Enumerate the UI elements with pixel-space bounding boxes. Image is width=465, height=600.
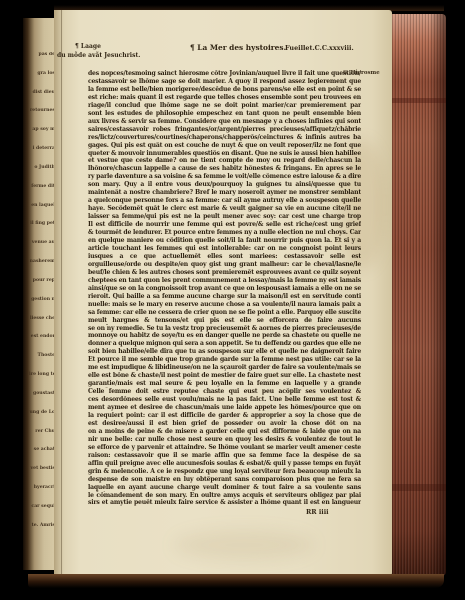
book-bottom-edge (28, 574, 444, 588)
text-line: raison: cestassavoir que il se marie aff… (88, 452, 361, 460)
text-line: la requiert point: car il est difficile … (88, 412, 361, 420)
text-line: despense de son maistre en luy obtẽperan… (88, 476, 361, 484)
text-line: cestassavoir se lhõme sage se doit marie… (88, 78, 361, 86)
text-line: nir une belle: car nulle chose nest seur… (88, 436, 361, 444)
verso-fragment: gestion n (29, 297, 55, 302)
text-line: a quelconque personne fors a sa femme: c… (88, 197, 361, 205)
verso-fragment: car sequi (29, 504, 55, 509)
verso-fragment: hyeracri (29, 485, 55, 490)
text-line: Et pource il me semble que trop grande g… (88, 356, 361, 364)
text-line: on a moins de peine & de misere a garder… (88, 428, 361, 436)
text-line: haye. Secõdemẽt quãt le clerc est marie … (88, 205, 361, 213)
text-line: sont les estudes de philosophie empesche… (88, 110, 361, 118)
fore-edge-page-stack (392, 14, 446, 576)
text-line: me est impudique & libidineuse/on ne la … (88, 364, 361, 372)
verso-fragment: Thoste (29, 353, 55, 358)
verso-fragment: en laquel (29, 203, 55, 208)
verso-fragment: liesse che (29, 316, 55, 321)
text-line: rieroit. Qui baille a sa femme aucune ch… (88, 293, 361, 301)
text-line: elle est bõne & chaste/il nest point de … (88, 372, 361, 380)
text-line: Il est difficile de nourrir une femme qu… (88, 221, 361, 229)
text-line: et vestue que ceste dame? on ne tient co… (88, 157, 361, 165)
text-line: ainsi/que se on la congnoissoit trop ava… (88, 285, 361, 293)
verso-fragment: o Judith (29, 165, 55, 170)
text-line: la femme est belle/bien morigeree/descẽd… (88, 86, 361, 94)
text-line: cheptees en tant quon les prent communem… (88, 277, 361, 285)
text-line: meult hargnes & tensons/et qui pis est e… (88, 317, 361, 325)
text-line: affin quil preigne avec elle aucunesfois… (88, 460, 361, 468)
text-line: gages. Qui pis est quãt on est couche de… (88, 142, 361, 150)
text-line: maintenãt a nostre chambriere? Bref le m… (88, 189, 361, 197)
verso-fragment: il fing pet (29, 221, 55, 226)
text-line: se on ny remedie. Se tu la vestz trop pr… (88, 325, 361, 333)
verso-page-sliver: pas degra losdist dieuretournesap soy mi… (23, 18, 57, 570)
gutter-crease (61, 10, 62, 576)
text-line: des nopces/tesmoing sainct hierosme cõtr… (88, 70, 361, 78)
text-line: saires/cestassavoir robes fringantes/or/… (88, 126, 361, 134)
text-line: est desiree/aussi il est bien grief de p… (88, 420, 361, 428)
verso-fragment: rer Chu (29, 429, 55, 434)
text-line: sirs et amytie peuẽt mieulx faire servic… (88, 499, 361, 507)
text-line: lhõnore/chascun lappelle a cause de ses … (88, 165, 361, 173)
verso-fragment: nasherem (29, 259, 55, 264)
text-line: garantie/mais est mal seure & peu loyall… (88, 380, 361, 388)
fore-edge-band (392, 484, 446, 491)
text-line: res/lictz/couvertures/courtines/chaperon… (88, 134, 361, 142)
text-line: queter & mouvoir innumerables questiõs e… (88, 150, 361, 158)
text-line: laisser sa femme/qui pis est ne la peult… (88, 213, 361, 221)
text-line: soit bien habillee/elle dira que tu as s… (88, 348, 361, 356)
verso-fragment: te. Amris (29, 523, 55, 528)
text-line: & tourmẽt de lendurer. Et pource entre f… (88, 229, 361, 237)
text-line: iusques a ce que actuellemẽt elles sont … (88, 253, 361, 261)
text-line: Celle femme doit estre reputee chaste qu… (88, 388, 361, 396)
verso-line-endings: pas degra losdist dieuretournesap soy mi… (29, 52, 55, 528)
main-text-block: des nopces/tesmoing sainct hierosme cõtr… (88, 70, 361, 507)
text-line: est riche: mais quant il est regarde que… (88, 94, 361, 102)
verso-fragment: ferme dit (29, 184, 55, 189)
verso-fragment: pas de (29, 52, 55, 57)
verso-fragment: est endor (29, 334, 55, 339)
signature-mark: RR iiii (306, 508, 329, 516)
book-photo: { "colors":{"background":"#000000","pape… (0, 0, 465, 600)
text-line: ment aymee et desiree de chascun/mais un… (88, 404, 361, 412)
text-line: nuelle: mais se le mary en reserve aucun… (88, 301, 361, 309)
verso-fragment: i deterra (29, 146, 55, 151)
running-header-left-line1: ¶ Laage (75, 43, 101, 50)
text-line: grin & melencolie. A ce ie respondz que … (88, 468, 361, 476)
verso-fragment: pour rep (29, 278, 55, 283)
text-line: se efforce de y parvenir et attaindre. S… (88, 444, 361, 452)
text-line: ry parle daventure a sa voisine & sa fem… (88, 173, 361, 181)
folio-number: Fueillet.C.C.xxxviii. (285, 44, 354, 52)
text-line: aux livres & servir sa femme. Considere … (88, 118, 361, 126)
verso-fragment: venue au (29, 240, 55, 245)
text-line: ces desordõnees selle eust voulu/mais ne… (88, 396, 361, 404)
text-line: sa femme: car elle ne cessera de crier q… (88, 309, 361, 317)
verso-fragment: retournes (29, 108, 55, 113)
verso-fragment: se achat (29, 447, 55, 452)
verso-fragment: ap soy m (29, 127, 55, 132)
text-line: le cõmandement de son mary. En oultre am… (88, 492, 361, 500)
text-line: donner a quelque mignon qui sera a son a… (88, 340, 361, 348)
text-line: riage/il conclud que lhõme sage ne se do… (88, 102, 361, 110)
verso-fragment: gra los (29, 71, 55, 76)
verso-fragment: goustast (29, 391, 55, 396)
text-line: beuf/le chien & les autres choses sont p… (88, 269, 361, 277)
paper-stain (174, 530, 314, 560)
verso-fragment: dist dieu (29, 90, 55, 95)
recto-page: ¶ Laage du mõde avãt Jesuchrist. ¶ La Me… (54, 10, 392, 576)
text-line: laquelle en ayant aucune charge veult do… (88, 484, 361, 492)
verso-fragment: vet bestis (29, 466, 55, 471)
running-header-left-line2: du mõde avãt Jesuchrist. (57, 52, 140, 59)
text-line: monnoye ou habitz de soye/tu es en dange… (88, 332, 361, 340)
running-header-title: ¶ La Mer des hystoires. (190, 43, 286, 52)
text-line: orguilleuse/orde ou despite/en quoy gist… (88, 261, 361, 269)
text-line: article touchant les femmes qui est into… (88, 245, 361, 253)
verso-fragment: ire long te (29, 372, 55, 377)
verso-fragment: ung de Lo (29, 410, 55, 415)
fore-edge-band (392, 98, 446, 103)
text-line: son mary. Quy a il entre vous deux/pourq… (88, 181, 361, 189)
text-line: en quelque maniere ou cõdition quelle so… (88, 237, 361, 245)
